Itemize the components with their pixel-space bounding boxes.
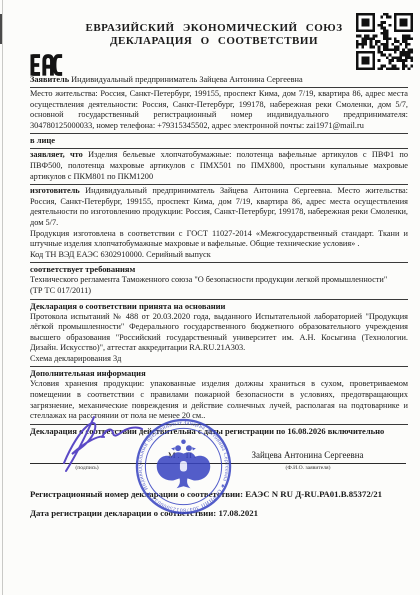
eac-logo — [29, 47, 63, 83]
declarant-name-caption: (Ф.И.О. заявителя) — [248, 465, 368, 471]
rule — [30, 148, 408, 149]
basis-heading: Декларация о соответствии принята на осн… — [30, 301, 408, 312]
rule — [30, 366, 408, 367]
applicant-value: Индивидуальный предприниматель Зайцева А… — [71, 75, 303, 84]
manufacturer-label: изготовитель — [30, 186, 80, 195]
declaration-scheme-line: Схема декларирования 3д — [30, 354, 408, 365]
compliance-heading: соответствует требованиям — [30, 264, 408, 275]
scan-edge-artifact — [0, 14, 2, 44]
rule — [30, 87, 408, 88]
document-title: ЕВРАЗИЙСКИЙ ЭКОНОМИЧЕСКИЙ СОЮЗ ДЕКЛАРАЦИ… — [56, 22, 372, 48]
applicant-line: Заявитель Индивидуальный предприниматель… — [30, 74, 408, 85]
in-person-line: в лице — [30, 135, 408, 146]
rule — [30, 184, 408, 185]
double-headed-eagle-icon — [157, 439, 210, 488]
declares-paragraph: заявляет, что Изделия бельевые хлопчатоб… — [30, 150, 408, 182]
compliance-reg-number: (ТР ТС 017/2011) — [30, 286, 408, 297]
production-standard-line: Продукция изготовлена в соответствии с Г… — [30, 229, 408, 250]
scan-edge-line — [2, 0, 3, 595]
union-title: ЕВРАЗИЙСКИЙ ЭКОНОМИЧЕСКИЙ СОЮЗ — [56, 22, 372, 35]
basis-body: Протокола испытаний № 488 от 20.03.2020 … — [30, 312, 408, 354]
additional-heading: Дополнительная информация — [30, 368, 408, 379]
declares-label: заявляет, что — [30, 150, 83, 159]
declaration-document: ЕВРАЗИЙСКИЙ ЭКОНОМИЧЕСКИЙ СОЮЗ ДЕКЛАРАЦИ… — [0, 0, 420, 595]
doc-title: ДЕКЛАРАЦИЯ О СООТВЕТСТВИИ — [56, 35, 372, 48]
applicant-details: Место жительства: Россия, Санкт-Петербур… — [30, 89, 408, 131]
tnved-code-line: Код ТН ВЭД ЕАЭС 6302910000. Серийный вып… — [30, 250, 408, 261]
signature-zone: М. П. (подпись) Зайцева Антонина Сергеев… — [30, 437, 408, 592]
round-stamp: Зайцева Антонина Сергеевна ★ ОГРНИП 3047… — [134, 417, 233, 516]
rule — [30, 133, 408, 134]
manufacturer-paragraph: изготовитель Индивидуальный предпринимат… — [30, 186, 408, 228]
declarant-name: Зайцева Антонина Сергеевна — [225, 450, 390, 460]
rule — [30, 262, 408, 263]
rule — [30, 299, 408, 300]
manufacturer-value: Индивидуальный предприниматель Зайцева А… — [30, 186, 408, 227]
qr-code — [356, 13, 413, 70]
compliance-body: Технического регламента Таможенного союз… — [30, 275, 408, 286]
declares-value: Изделия бельевые хлопчатобумажные: полот… — [30, 150, 408, 180]
